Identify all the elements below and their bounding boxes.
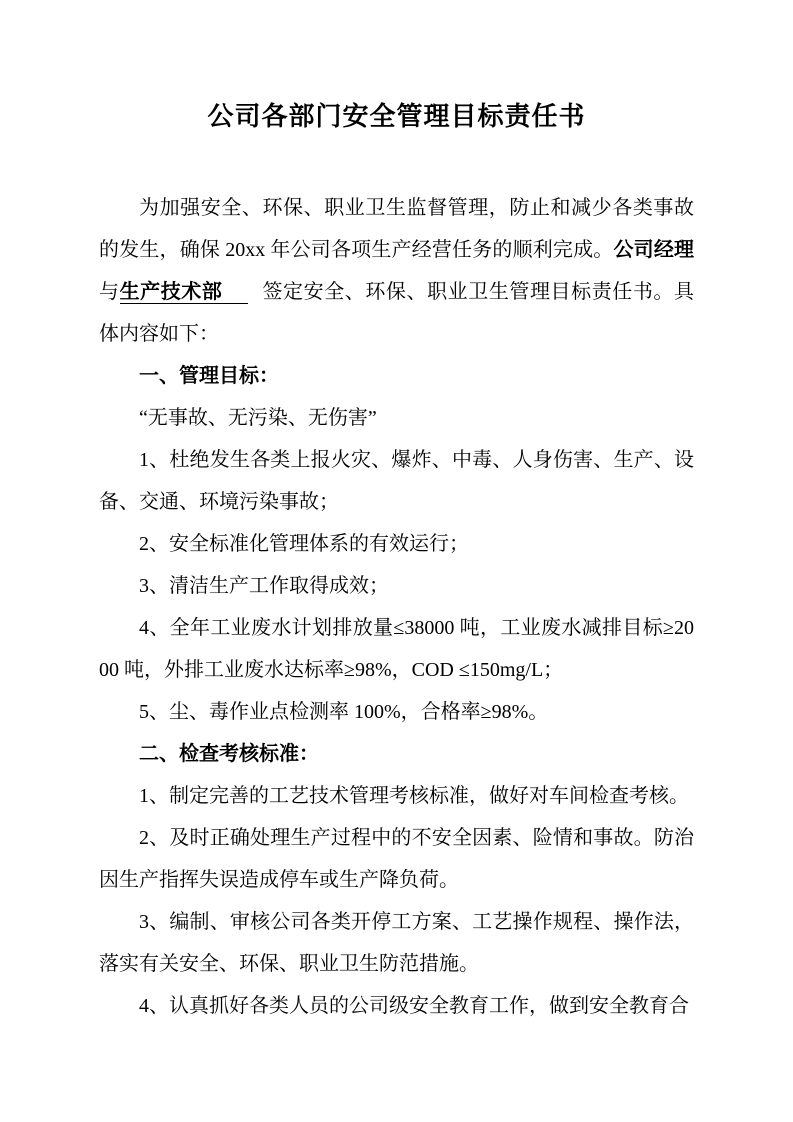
section-two-item-2: 2、及时正确处理生产过程中的不安全因素、险情和事故。防治因生产指挥失误造成停车或… [99, 817, 694, 901]
intro-conjunction: 与 [99, 281, 120, 303]
intro-paragraph: 为加强安全、环保、职业卫生监督管理，防止和减少各类事故的发生，确保 20xx 年… [99, 187, 694, 355]
section-one-item-1: 1、杜绝发生各类上报火灾、爆炸、中毒、人身伤害、生产、设备、交通、环境污染事故； [99, 439, 694, 523]
intro-text: 为加强安全、环保、职业卫生监督管理，防止和减少各类事故的发生，确保 20xx 年… [99, 197, 694, 261]
intro-role-bold: 公司经理 [613, 239, 694, 261]
section-one-item-2: 2、安全标准化管理体系的有效运行； [99, 523, 694, 565]
section-one-heading: 一、管理目标： [99, 355, 694, 397]
document-title: 公司各部门安全管理目标责任书 [99, 95, 694, 139]
section-one-item-3: 3、清洁生产工作取得成效； [99, 565, 694, 607]
section-two-item-3: 3、编制、审核公司各类开停工方案、工艺操作规程、操作法，落实有关安全、环保、职业… [99, 901, 694, 985]
section-two-item-4: 4、认真抓好各类人员的公司级安全教育工作，做到安全教育合 [99, 985, 694, 1027]
section-one-item-4: 4、全年工业废水计划排放量≤38000 吨，工业废水减排目标≥2000 吨，外排… [99, 607, 694, 691]
section-one-item-5: 5、尘、毒作业点检测率 100%，合格率≥98%。 [99, 691, 694, 733]
section-two-item-1: 1、制定完善的工艺技术管理考核标准，做好对车间检查考核。 [99, 775, 694, 817]
section-two-heading: 二、检查考核标准： [99, 733, 694, 775]
document-page: 公司各部门安全管理目标责任书 为加强安全、环保、职业卫生监督管理，防止和减少各类… [0, 0, 793, 1122]
section-one-slogan: “无事故、无污染、无伤害” [99, 397, 694, 439]
department-blank-field: 生产技术部 [120, 281, 249, 304]
